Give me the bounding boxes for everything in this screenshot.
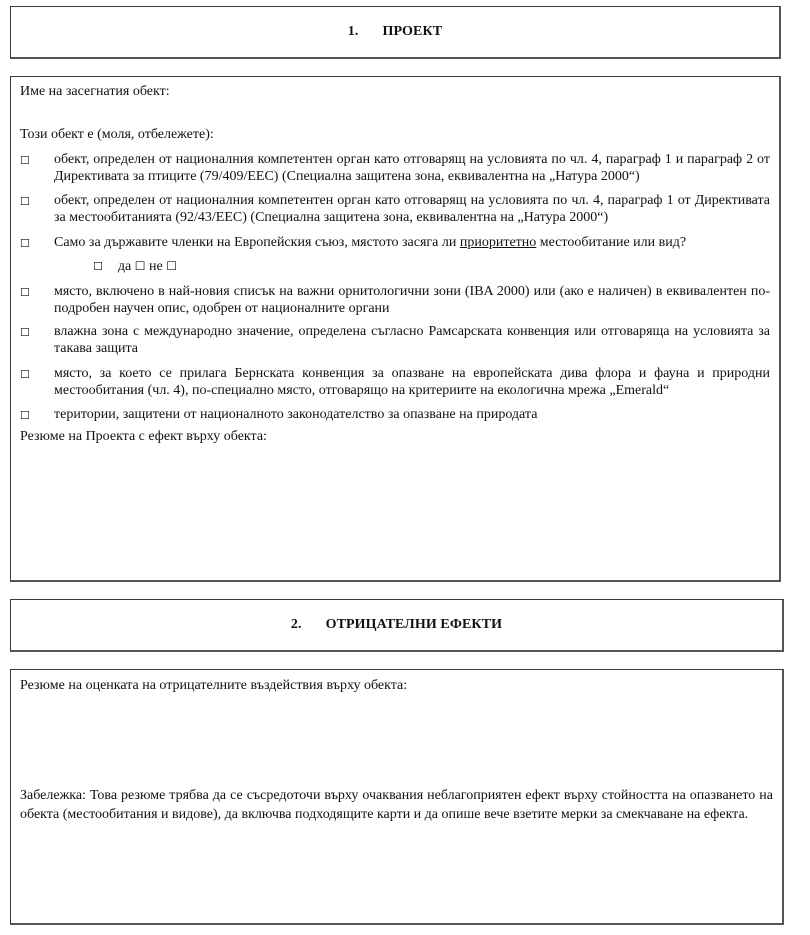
list-item: ☐ обект, определен от националния компет… — [20, 151, 770, 185]
checkbox-icon[interactable]: ☐ — [20, 365, 54, 399]
item-text: обект, определен от националния компетен… — [54, 192, 770, 226]
section-number: 1. — [348, 24, 359, 40]
site-type-prompt: Този обект е (моля, отбележете): — [20, 126, 770, 143]
item-text: място, включено в най-новия списък на ва… — [54, 283, 770, 317]
item-text-part: Само за държавите членки на Европейския … — [54, 235, 460, 250]
section-title: ОТРИЦАТЕЛНИ ЕФЕКТИ — [326, 617, 503, 633]
list-item: ☐ място, за което се прилага Бернската к… — [20, 365, 770, 399]
checkbox-icon[interactable]: ☐ — [20, 192, 54, 226]
item-text: обект, определен от националния компетен… — [54, 151, 770, 185]
priority-options: ☐ да ☐ не ☐ — [93, 258, 177, 275]
checkbox-icon[interactable]: ☐ — [93, 260, 103, 273]
checkbox-icon[interactable]: ☐ — [20, 151, 54, 185]
item-text: място, за което се прилага Бернската кон… — [54, 365, 770, 399]
item-text-part: местообитание или вид? — [536, 235, 686, 250]
negative-effects-note: Забележка: Това резюме трябва да се съср… — [20, 786, 773, 824]
list-item: ☐ обект, определен от националния компет… — [20, 192, 770, 226]
project-summary-label: Резюме на Проекта с ефект върху обекта: — [20, 428, 770, 445]
list-item: ☐ територии, защитени от националното за… — [20, 406, 770, 424]
no-checkbox-icon[interactable]: ☐ — [166, 259, 177, 273]
section-title: ПРОЕКТ — [383, 24, 443, 40]
item-text-underlined: приоритетно — [460, 235, 536, 250]
list-item: ☐ влажна зона с международно значение, о… — [20, 323, 770, 357]
yes-label: да — [118, 259, 131, 274]
negative-effects-summary-label: Резюме на оценката на отрицателните възд… — [20, 677, 773, 694]
item-text: Само за държавите членки на Европейския … — [54, 234, 770, 252]
section-number: 2. — [291, 617, 302, 633]
checkbox-icon[interactable]: ☐ — [20, 234, 54, 252]
site-name-label: Име на засегнатия обект: — [20, 83, 770, 100]
list-item: ☐ Само за държавите членки на Европейски… — [20, 234, 770, 252]
section-2-heading: 2. ОТРИЦАТЕЛНИ ЕФЕКТИ — [10, 599, 784, 652]
list-item: ☐ място, включено в най-новия списък на … — [20, 283, 770, 317]
checkbox-icon[interactable]: ☐ — [20, 323, 54, 357]
checkbox-icon[interactable]: ☐ — [20, 283, 54, 317]
no-label: не — [149, 259, 163, 274]
yes-checkbox-icon[interactable]: ☐ — [135, 259, 146, 273]
project-form-box: Име на засегнатия обект: Този обект е (м… — [10, 76, 781, 582]
item-text: територии, защитени от националното зако… — [54, 406, 770, 424]
item-text: влажна зона с международно значение, опр… — [54, 323, 770, 357]
section-1-heading: 1. ПРОЕКТ — [10, 6, 781, 59]
checkbox-icon[interactable]: ☐ — [20, 406, 54, 424]
negative-effects-box: Резюме на оценката на отрицателните възд… — [10, 669, 784, 925]
